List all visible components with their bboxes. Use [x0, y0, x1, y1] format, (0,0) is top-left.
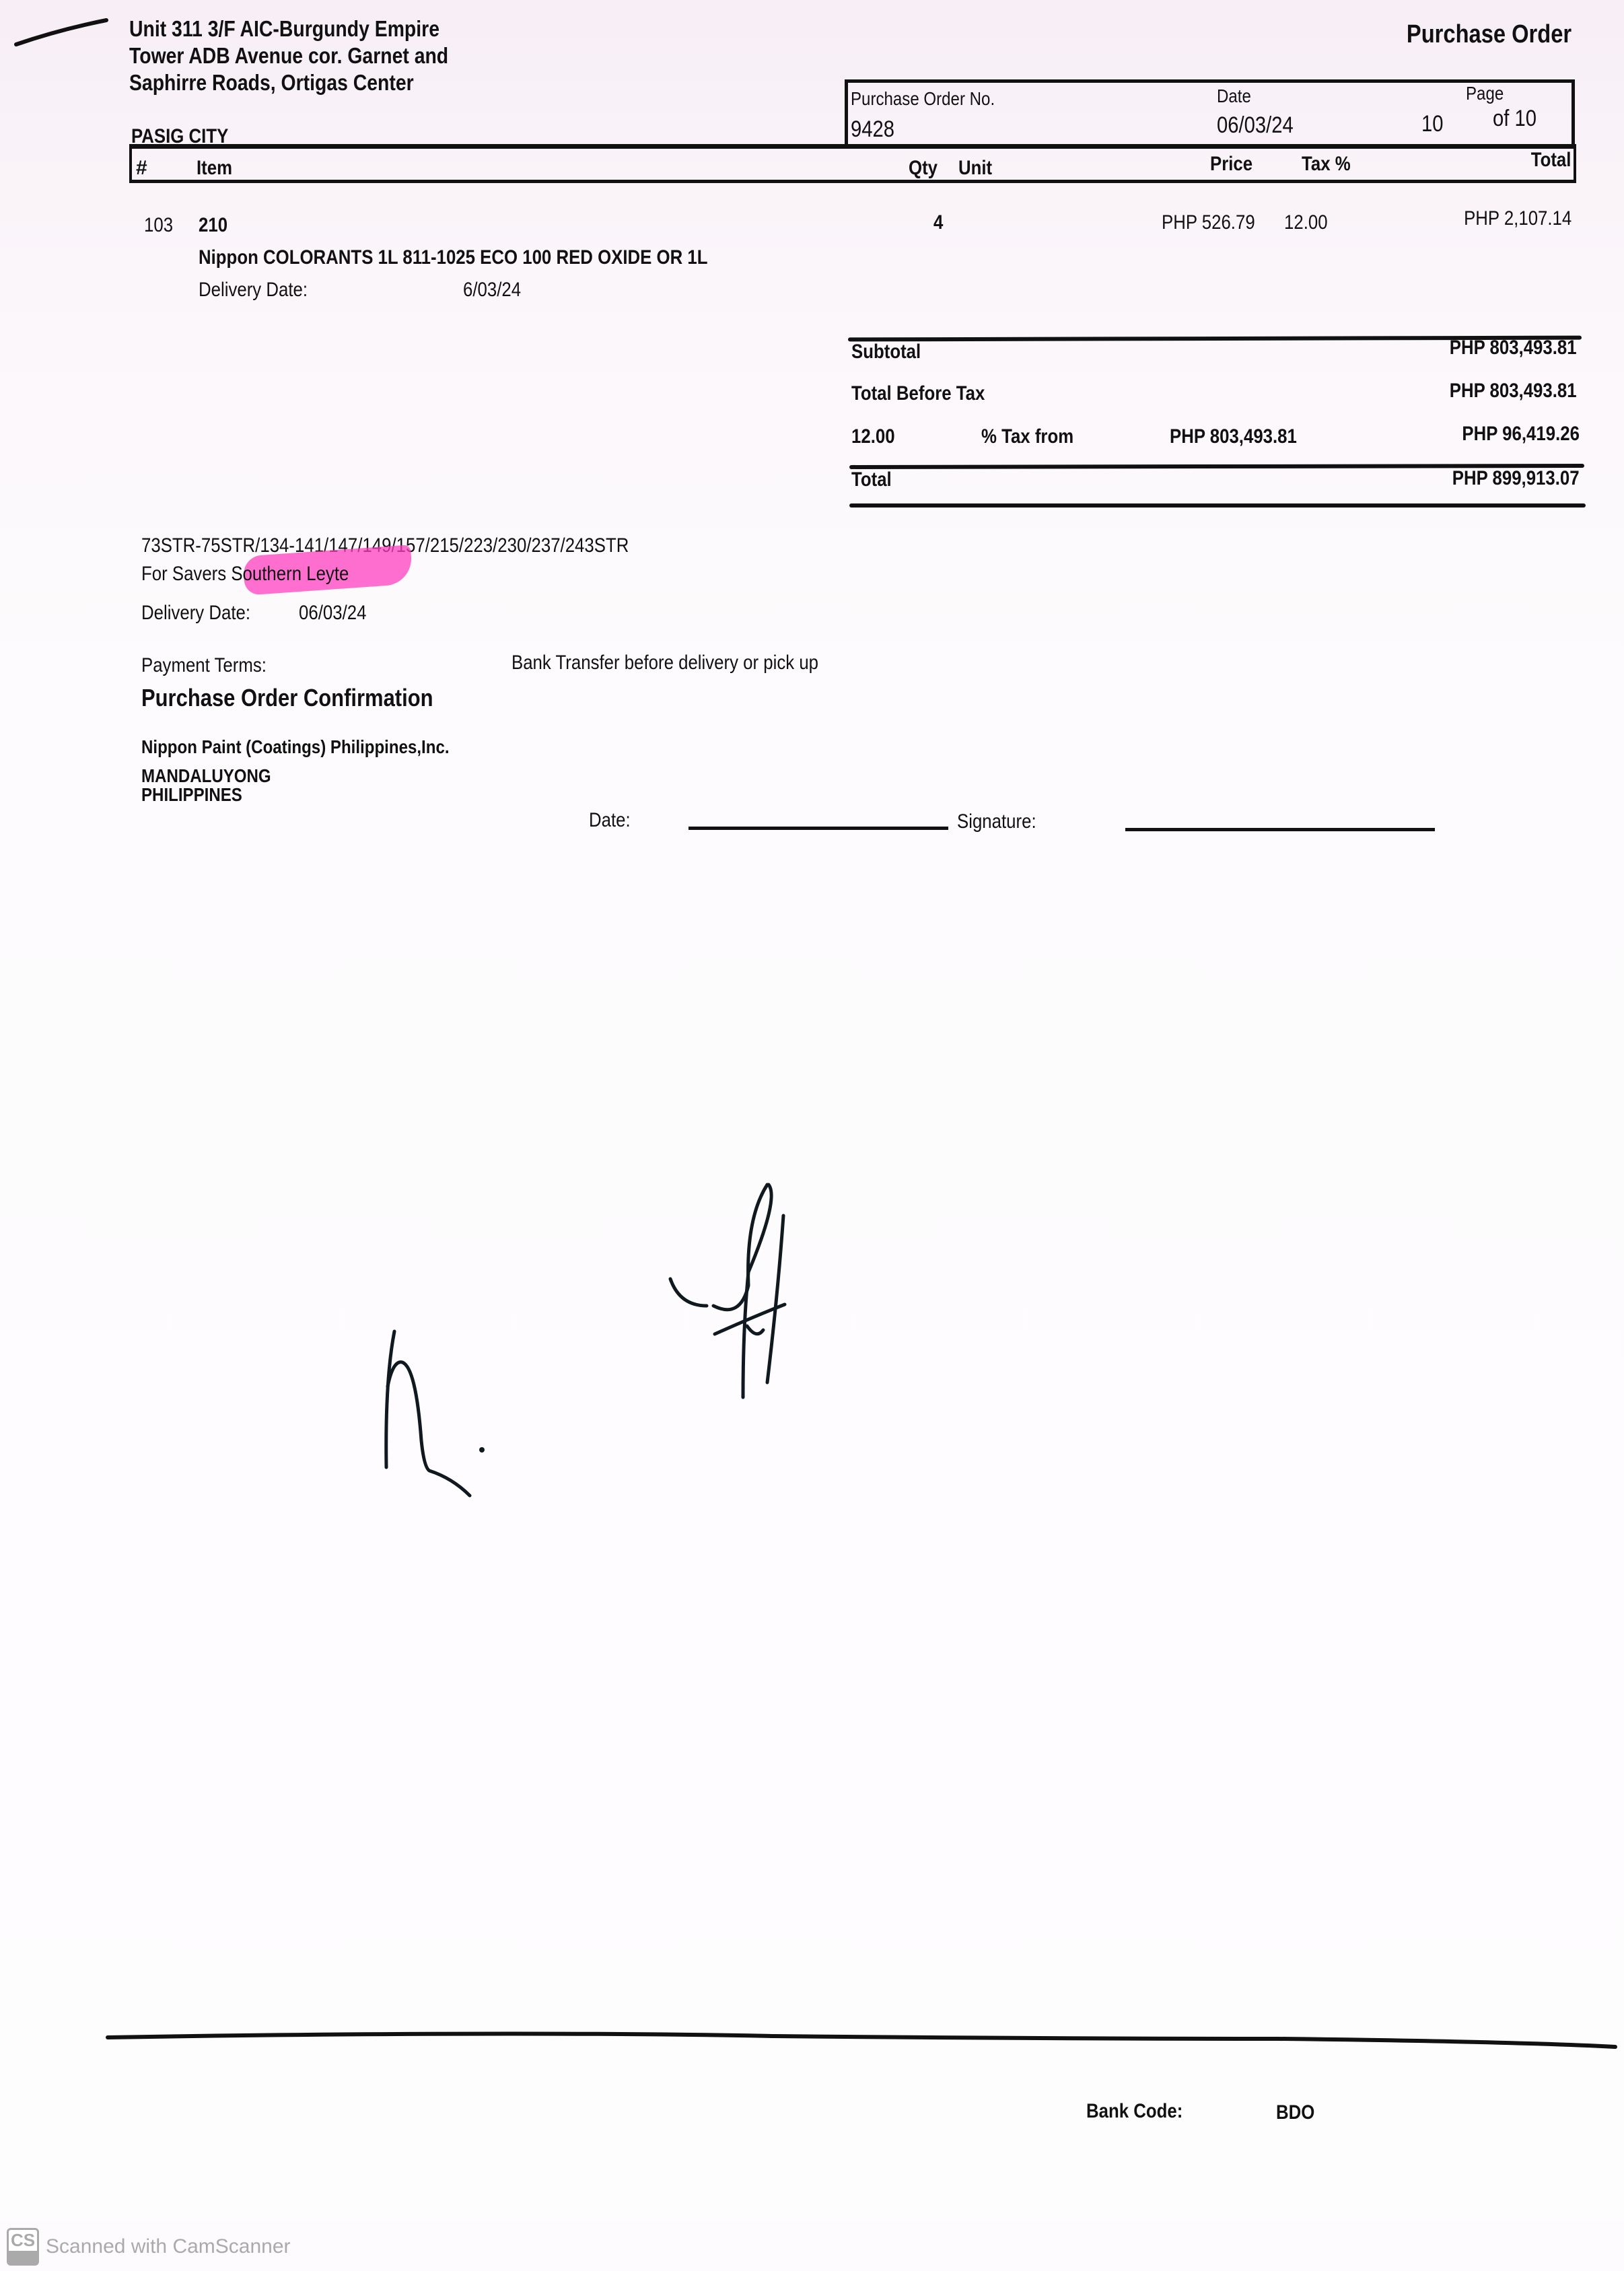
col-tax: Tax % — [1302, 153, 1351, 176]
bank-code-label: Bank Code: — [1086, 2100, 1182, 2123]
total-value: PHP 899,913.07 — [1452, 467, 1580, 490]
col-unit: Unit — [958, 157, 992, 180]
col-qty: Qty — [909, 157, 938, 180]
row-qty: 4 — [933, 211, 943, 234]
footer-rule — [101, 2023, 1622, 2050]
po-date-label: Date — [1217, 85, 1251, 107]
vendor-country: PHILIPPINES — [141, 785, 242, 805]
total-label: Total — [851, 468, 892, 491]
row-item-description: Nippon COLORANTS 1L 811-1025 ECO 100 RED… — [199, 246, 708, 269]
page-total: of 10 — [1493, 106, 1537, 132]
po-number-label: Purchase Order No. — [851, 88, 995, 110]
delivery-date-value: 06/03/24 — [299, 602, 366, 625]
subtotal-label: Subtotal — [851, 341, 921, 363]
row-delivery-date: 6/03/24 — [463, 279, 521, 302]
delivery-date-label: Delivery Date: — [141, 602, 250, 625]
row-item-code: 210 — [199, 214, 227, 237]
company-address-line-2: Tower ADB Avenue cor. Garnet and — [129, 43, 448, 69]
row-number: 103 — [144, 214, 173, 237]
page-label: Page — [1466, 83, 1504, 104]
company-address-line-3: Saphirre Roads, Ortigas Center — [129, 70, 414, 96]
page-current: 10 — [1421, 111, 1444, 137]
camscanner-logo-icon: CS — [7, 2228, 39, 2266]
vendor-name: Nippon Paint (Coatings) Philippines,Inc. — [141, 736, 450, 758]
pen-mark — [12, 12, 113, 53]
for-customer-prefix: For Savers — [141, 563, 231, 585]
row-price: PHP 526.79 — [1162, 211, 1255, 234]
col-num: # — [136, 157, 147, 180]
row-tax: 12.00 — [1284, 211, 1328, 234]
company-address-line-1: Unit 311 3/F AIC-Burgundy Empire — [129, 16, 439, 42]
total-before-tax-value: PHP 803,493.81 — [1450, 380, 1577, 403]
camscanner-watermark: CS Scanned with CamScanner — [7, 2228, 291, 2266]
po-date: 06/03/24 — [1217, 112, 1294, 139]
totals-bottom-rule — [849, 503, 1586, 508]
payment-terms-label: Payment Terms: — [141, 654, 267, 677]
item-table-header: # Item Qty Unit Price Tax % Total — [129, 144, 1576, 183]
row-total: PHP 2,107.14 — [1464, 207, 1572, 230]
vendor-city: MANDALUYONG — [141, 766, 271, 786]
total-before-tax-label: Total Before Tax — [851, 382, 985, 405]
for-customer: For Savers Southern Leyte — [141, 563, 349, 586]
po-info-box: Purchase Order No. 9428 Date 06/03/24 Pa… — [845, 79, 1575, 147]
date-field-label: Date: — [589, 809, 631, 832]
col-item: Item — [197, 157, 232, 180]
po-number: 9428 — [851, 116, 894, 143]
paper-background — [0, 0, 1624, 2221]
document-title: Purchase Order — [1407, 20, 1572, 49]
subtotal-value: PHP 803,493.81 — [1450, 337, 1577, 359]
signature-field-label: Signature: — [957, 810, 1036, 833]
tax-from-label: % Tax from — [981, 425, 1073, 448]
date-line[interactable] — [689, 827, 948, 830]
col-total: Total — [1530, 149, 1571, 172]
confirmation-title: Purchase Order Confirmation — [141, 684, 433, 712]
tax-rate: 12.00 — [851, 425, 895, 448]
row-delivery-label: Delivery Date: — [199, 279, 308, 302]
tax-amount: PHP 96,419.26 — [1462, 423, 1580, 446]
handwritten-initials-signature — [337, 1158, 875, 1508]
bank-code-value: BDO — [1276, 2101, 1314, 2124]
col-price: Price — [1210, 153, 1252, 176]
payment-terms-value: Bank Transfer before delivery or pick up — [511, 652, 818, 674]
signature-line[interactable] — [1125, 828, 1435, 831]
for-customer-highlighted: Southern Leyte — [231, 563, 349, 585]
tax-base: PHP 803,493.81 — [1170, 425, 1297, 448]
camscanner-text: Scanned with CamScanner — [46, 2235, 291, 2258]
